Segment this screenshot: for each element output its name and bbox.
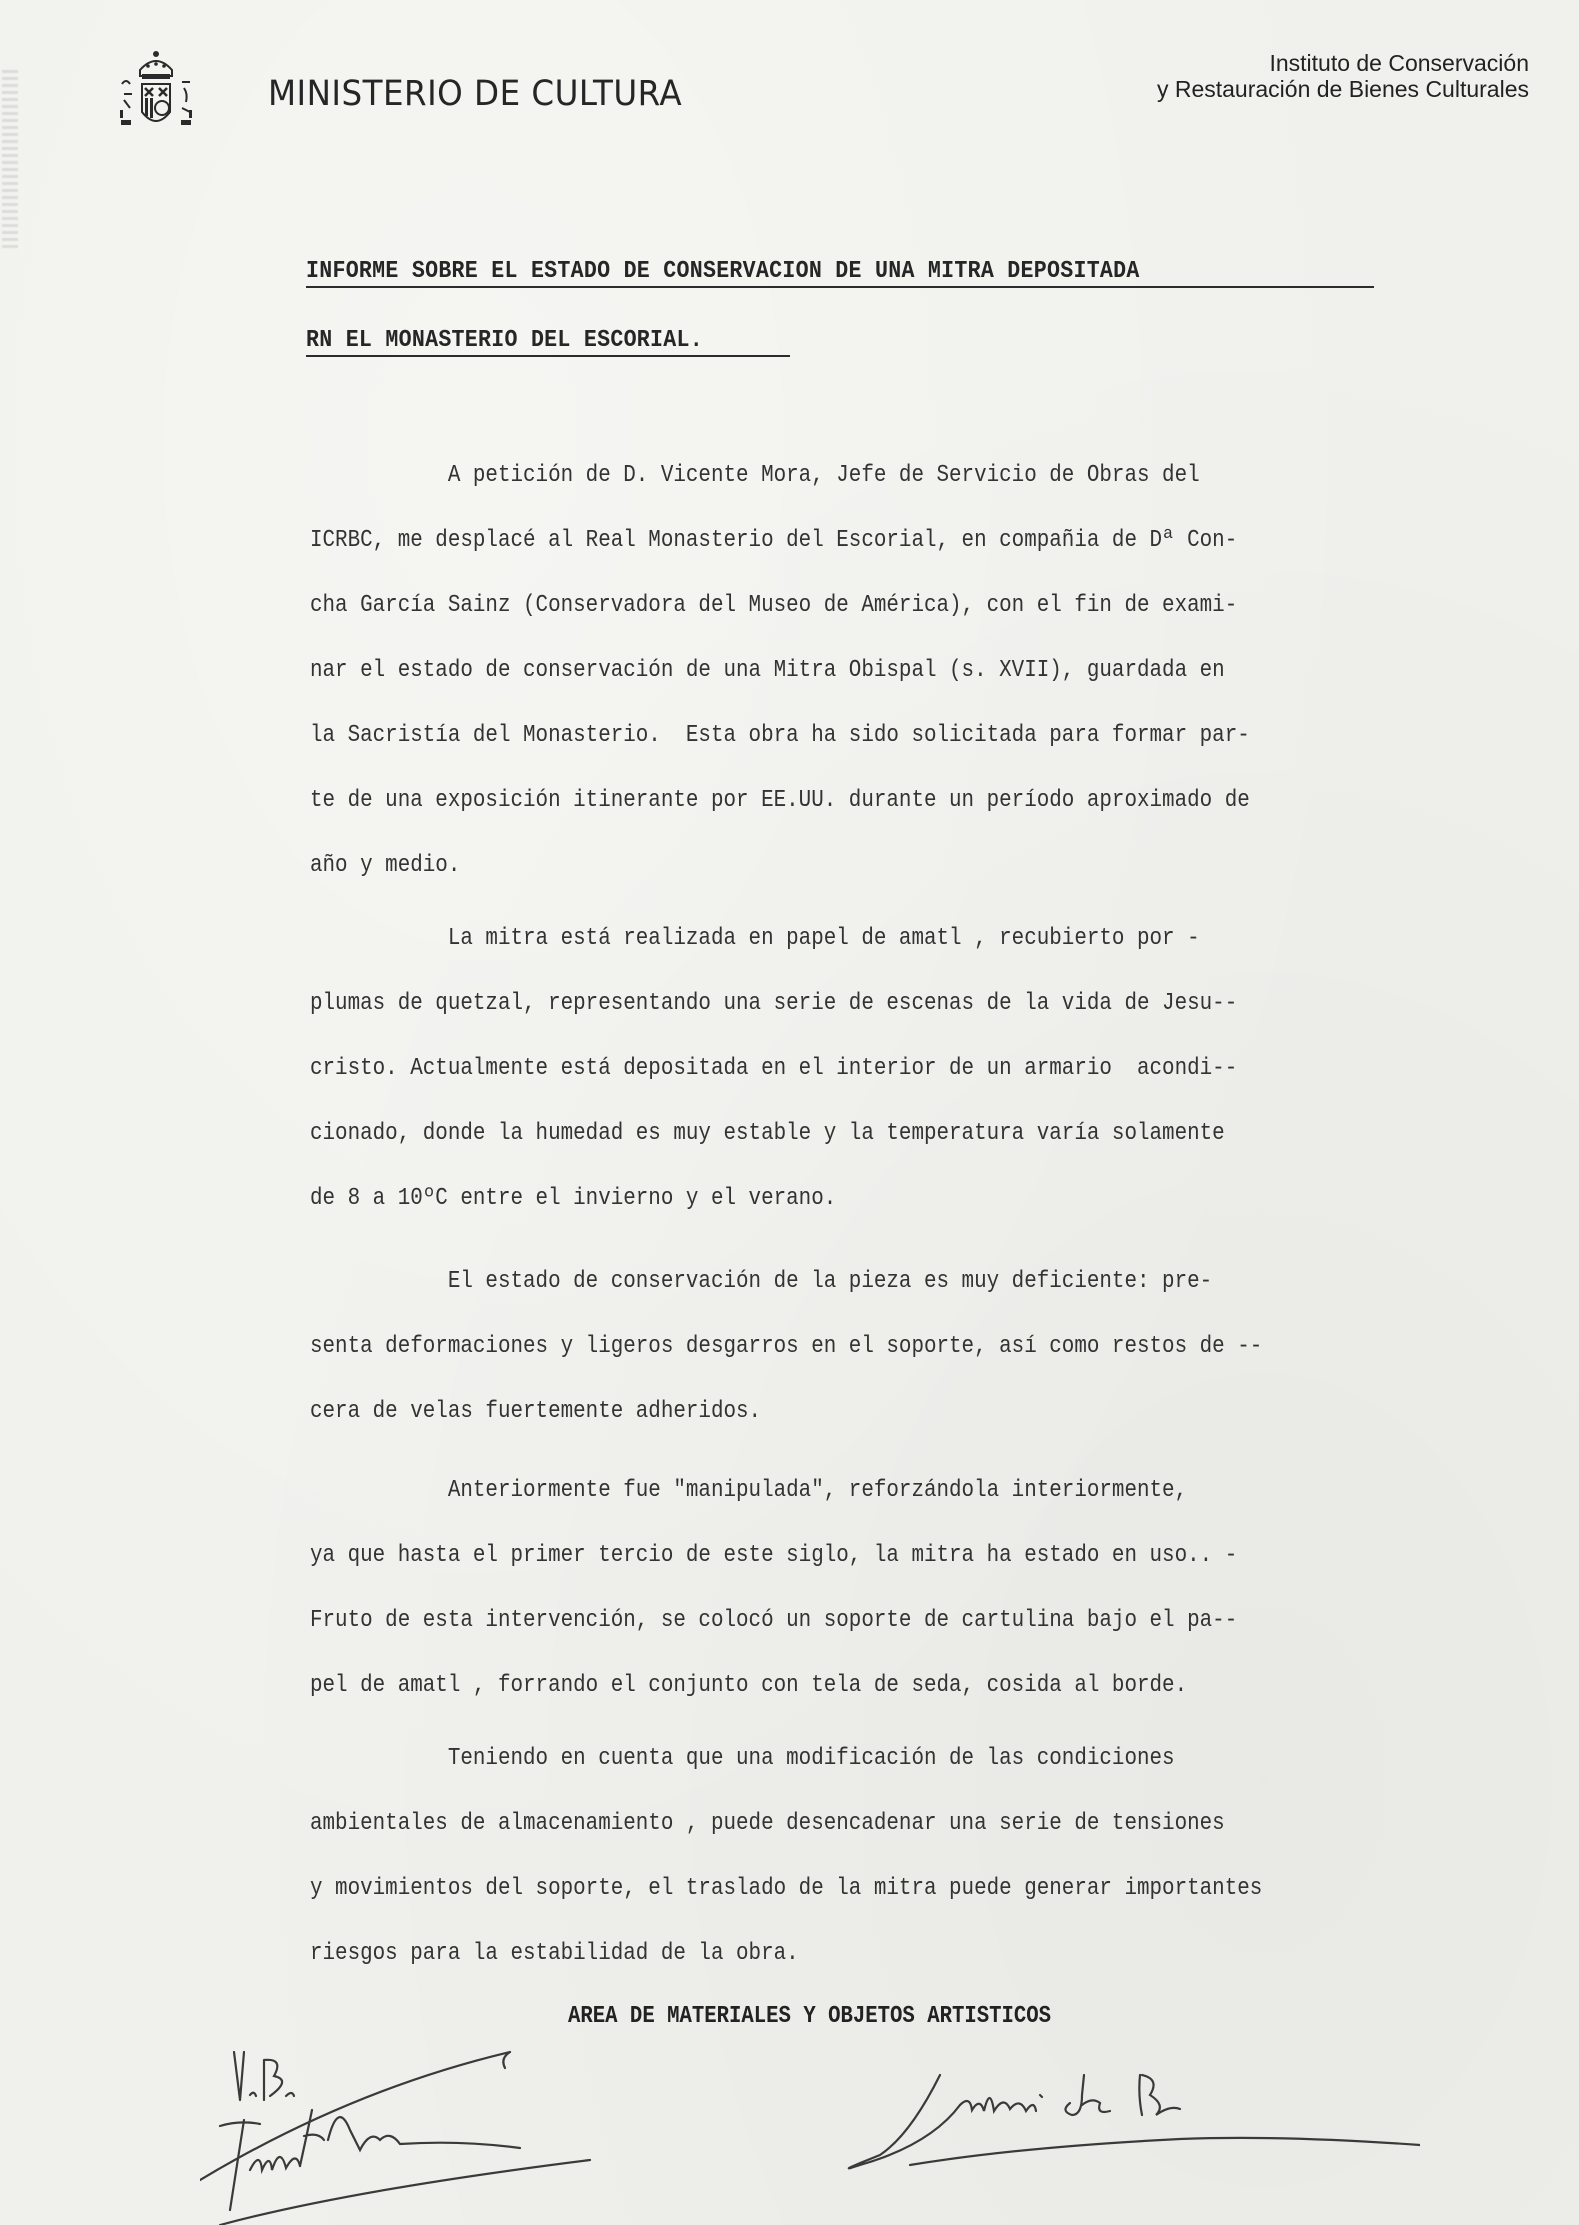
institute-line-2: y Restauración de Bienes Culturales <box>1157 76 1529 102</box>
paragraph-3-line: cera de velas fuertemente adheridos. <box>310 1398 761 1425</box>
paragraph-4-line: ya que hasta el primer tercio de este si… <box>310 1542 1237 1569</box>
paragraph-2-line: de 8 a 10ºC entre el invierno y el veran… <box>310 1185 836 1212</box>
paragraph-3-line: El estado de conservación de la pieza es… <box>310 1268 1212 1295</box>
paragraph-1-line: nar el estado de conservación de una Mit… <box>310 657 1225 684</box>
paragraph-4-line: Anteriormente fue "manipulada", reforzán… <box>310 1477 1187 1504</box>
paragraph-2-line: plumas de quetzal, representando una ser… <box>310 990 1237 1017</box>
paragraph-1-line: te de una exposición itinerante por EE.U… <box>310 787 1250 814</box>
paragraph-1-line: cha García Sainz (Conservadora del Museo… <box>310 592 1237 619</box>
paragraph-5-line: riesgos para la estabilidad de la obra. <box>310 1940 799 1967</box>
title-underline-2 <box>306 355 790 357</box>
paragraph-1-line: ICRBC, me desplacé al Real Monasterio de… <box>310 527 1237 554</box>
spanish-coat-of-arms-icon <box>112 48 200 134</box>
scan-edge-artifact <box>2 70 18 250</box>
paragraph-2-line: cionado, donde la humedad es muy estable… <box>310 1120 1225 1147</box>
paragraph-1-line: año y medio. <box>310 852 460 879</box>
institute-line-1: Instituto de Conservación <box>1157 50 1529 76</box>
paragraph-1-line: A petición de D. Vicente Mora, Jefe de S… <box>310 462 1200 489</box>
department-name: AREA DE MATERIALES Y OBJETOS ARTISTICOS <box>568 2003 1051 2030</box>
ministry-name: MINISTERIO DE CULTURA <box>268 74 682 114</box>
paragraph-5-line: Teniendo en cuenta que una modificación … <box>310 1745 1175 1772</box>
paragraph-2-line: cristo. Actualmente está depositada en e… <box>310 1055 1237 1082</box>
signature-right <box>820 2055 1420 2185</box>
paragraph-2-line: La mitra está realizada en papel de amat… <box>310 925 1200 952</box>
title-underline-1 <box>306 286 1374 288</box>
paragraph-5-line: y movimientos del soporte, el traslado d… <box>310 1875 1262 1902</box>
institute-name: Instituto de Conservación y Restauración… <box>1157 50 1529 102</box>
report-title-line-1: INFORME SOBRE EL ESTADO DE CONSERVACION … <box>306 258 1140 285</box>
paragraph-4-line: Fruto de esta intervención, se colocó un… <box>310 1607 1237 1634</box>
paragraph-1-line: la Sacristía del Monasterio. Esta obra h… <box>310 722 1250 749</box>
paragraph-4-line: pel de amatl , forrando el conjunto con … <box>310 1672 1187 1699</box>
report-title-line-2: RN EL MONASTERIO DEL ESCORIAL. <box>306 327 703 354</box>
paragraph-5-line: ambientales de almacenamiento , puede de… <box>310 1810 1225 1837</box>
signature-left <box>200 2040 680 2225</box>
paragraph-3-line: senta deformaciones y ligeros desgarros … <box>310 1333 1262 1360</box>
